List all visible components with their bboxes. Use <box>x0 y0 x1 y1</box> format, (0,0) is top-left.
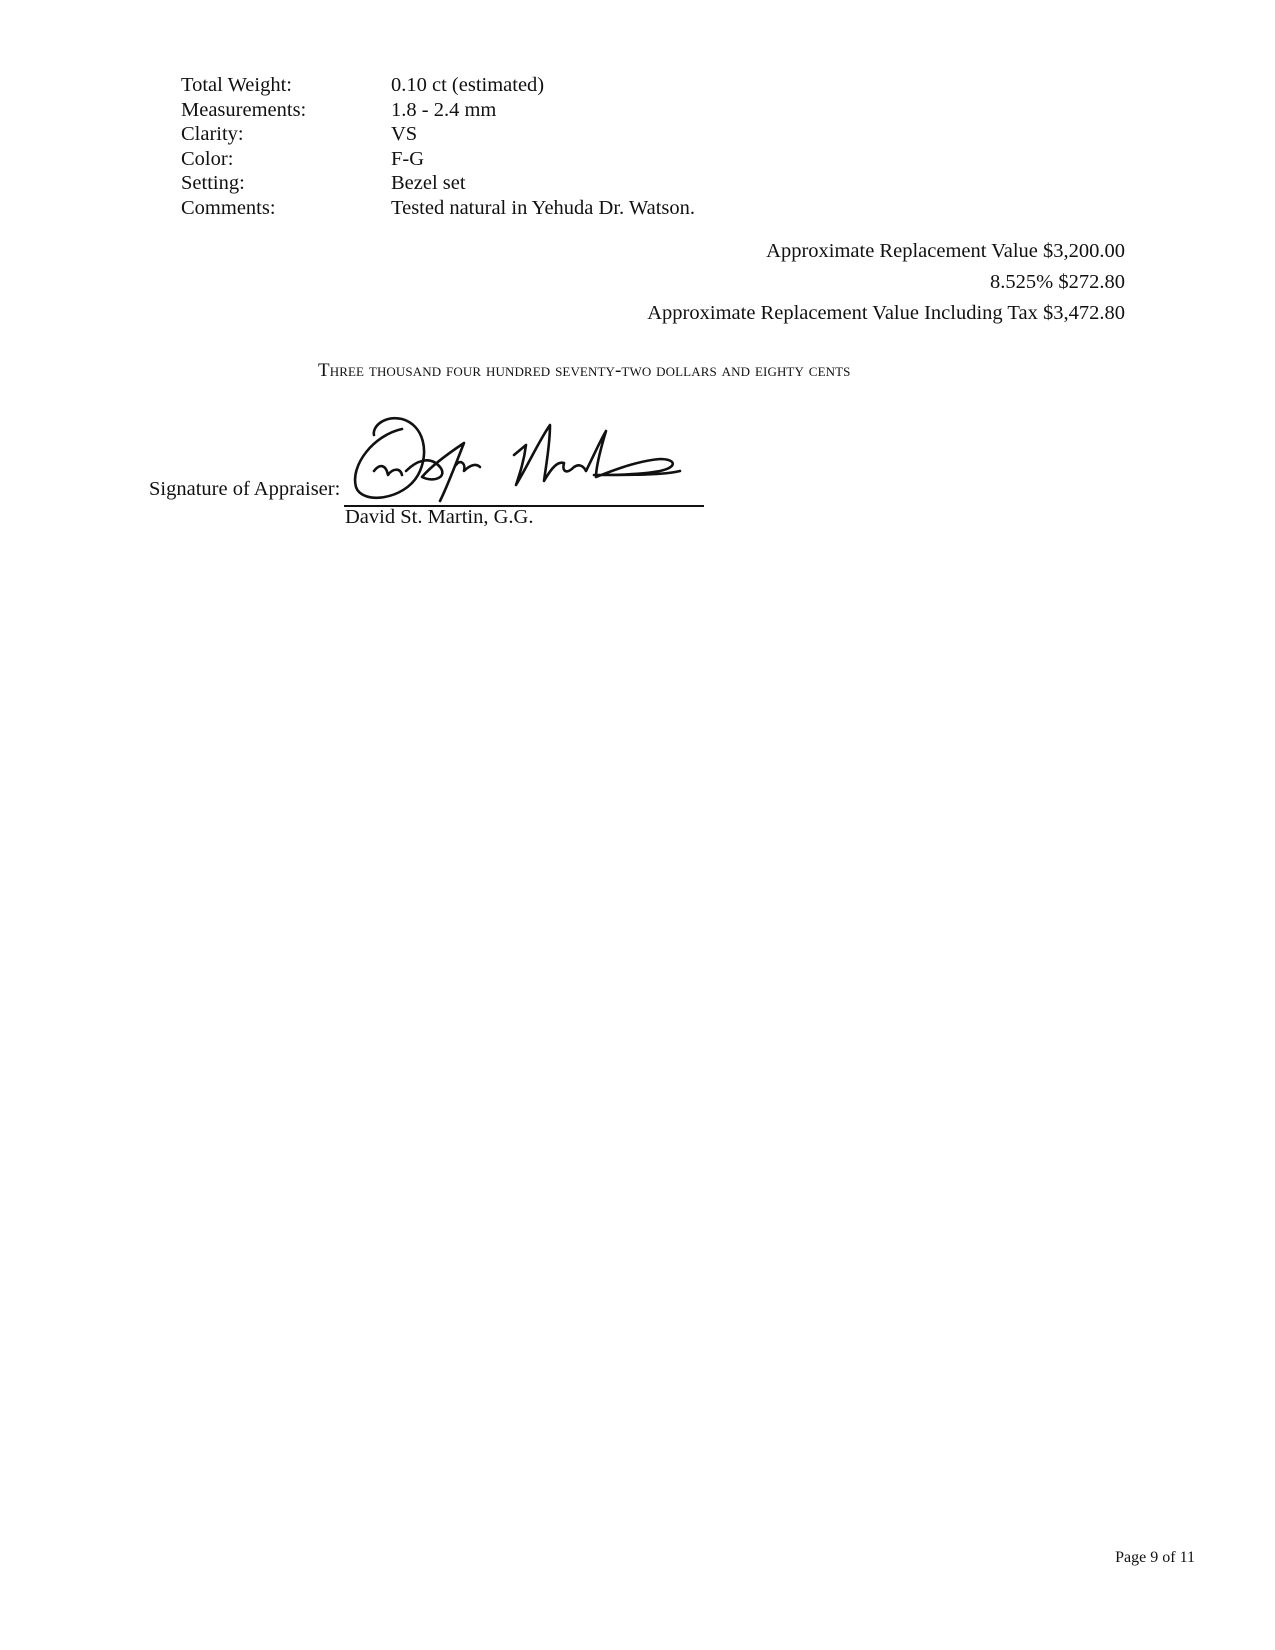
detail-label: Comments: <box>181 196 391 221</box>
detail-row-color: Color: F-G <box>181 147 695 172</box>
detail-value: Bezel set <box>391 171 466 196</box>
valuation-block: Approximate Replacement Value $3,200.00 … <box>647 236 1125 329</box>
signature-image <box>344 405 704 505</box>
detail-value: 0.10 ct (estimated) <box>391 73 544 98</box>
detail-value: VS <box>391 122 417 147</box>
handwritten-signature-icon <box>344 405 704 505</box>
amount-in-words: Three thousand four hundred seventy-two … <box>318 360 850 382</box>
detail-value: F-G <box>391 147 424 172</box>
detail-label: Color: <box>181 147 391 172</box>
tax-amount: 8.525% $272.80 <box>647 267 1125 298</box>
appraiser-name: David St. Martin, G.G. <box>345 506 533 529</box>
detail-label: Setting: <box>181 171 391 196</box>
detail-row-measurements: Measurements: 1.8 - 2.4 mm <box>181 98 695 123</box>
signature-label: Signature of Appraiser: <box>149 478 340 501</box>
detail-row-comments: Comments: Tested natural in Yehuda Dr. W… <box>181 196 695 221</box>
detail-label: Clarity: <box>181 122 391 147</box>
item-details: Total Weight: 0.10 ct (estimated) Measur… <box>181 73 695 220</box>
page-number: Page 9 of 11 <box>1115 1549 1195 1567</box>
detail-value: Tested natural in Yehuda Dr. Watson. <box>391 196 695 221</box>
detail-label: Total Weight: <box>181 73 391 98</box>
detail-value: 1.8 - 2.4 mm <box>391 98 496 123</box>
detail-row-clarity: Clarity: VS <box>181 122 695 147</box>
detail-label: Measurements: <box>181 98 391 123</box>
replacement-value: Approximate Replacement Value $3,200.00 <box>647 236 1125 267</box>
detail-row-total-weight: Total Weight: 0.10 ct (estimated) <box>181 73 695 98</box>
replacement-value-with-tax: Approximate Replacement Value Including … <box>647 298 1125 329</box>
detail-row-setting: Setting: Bezel set <box>181 171 695 196</box>
